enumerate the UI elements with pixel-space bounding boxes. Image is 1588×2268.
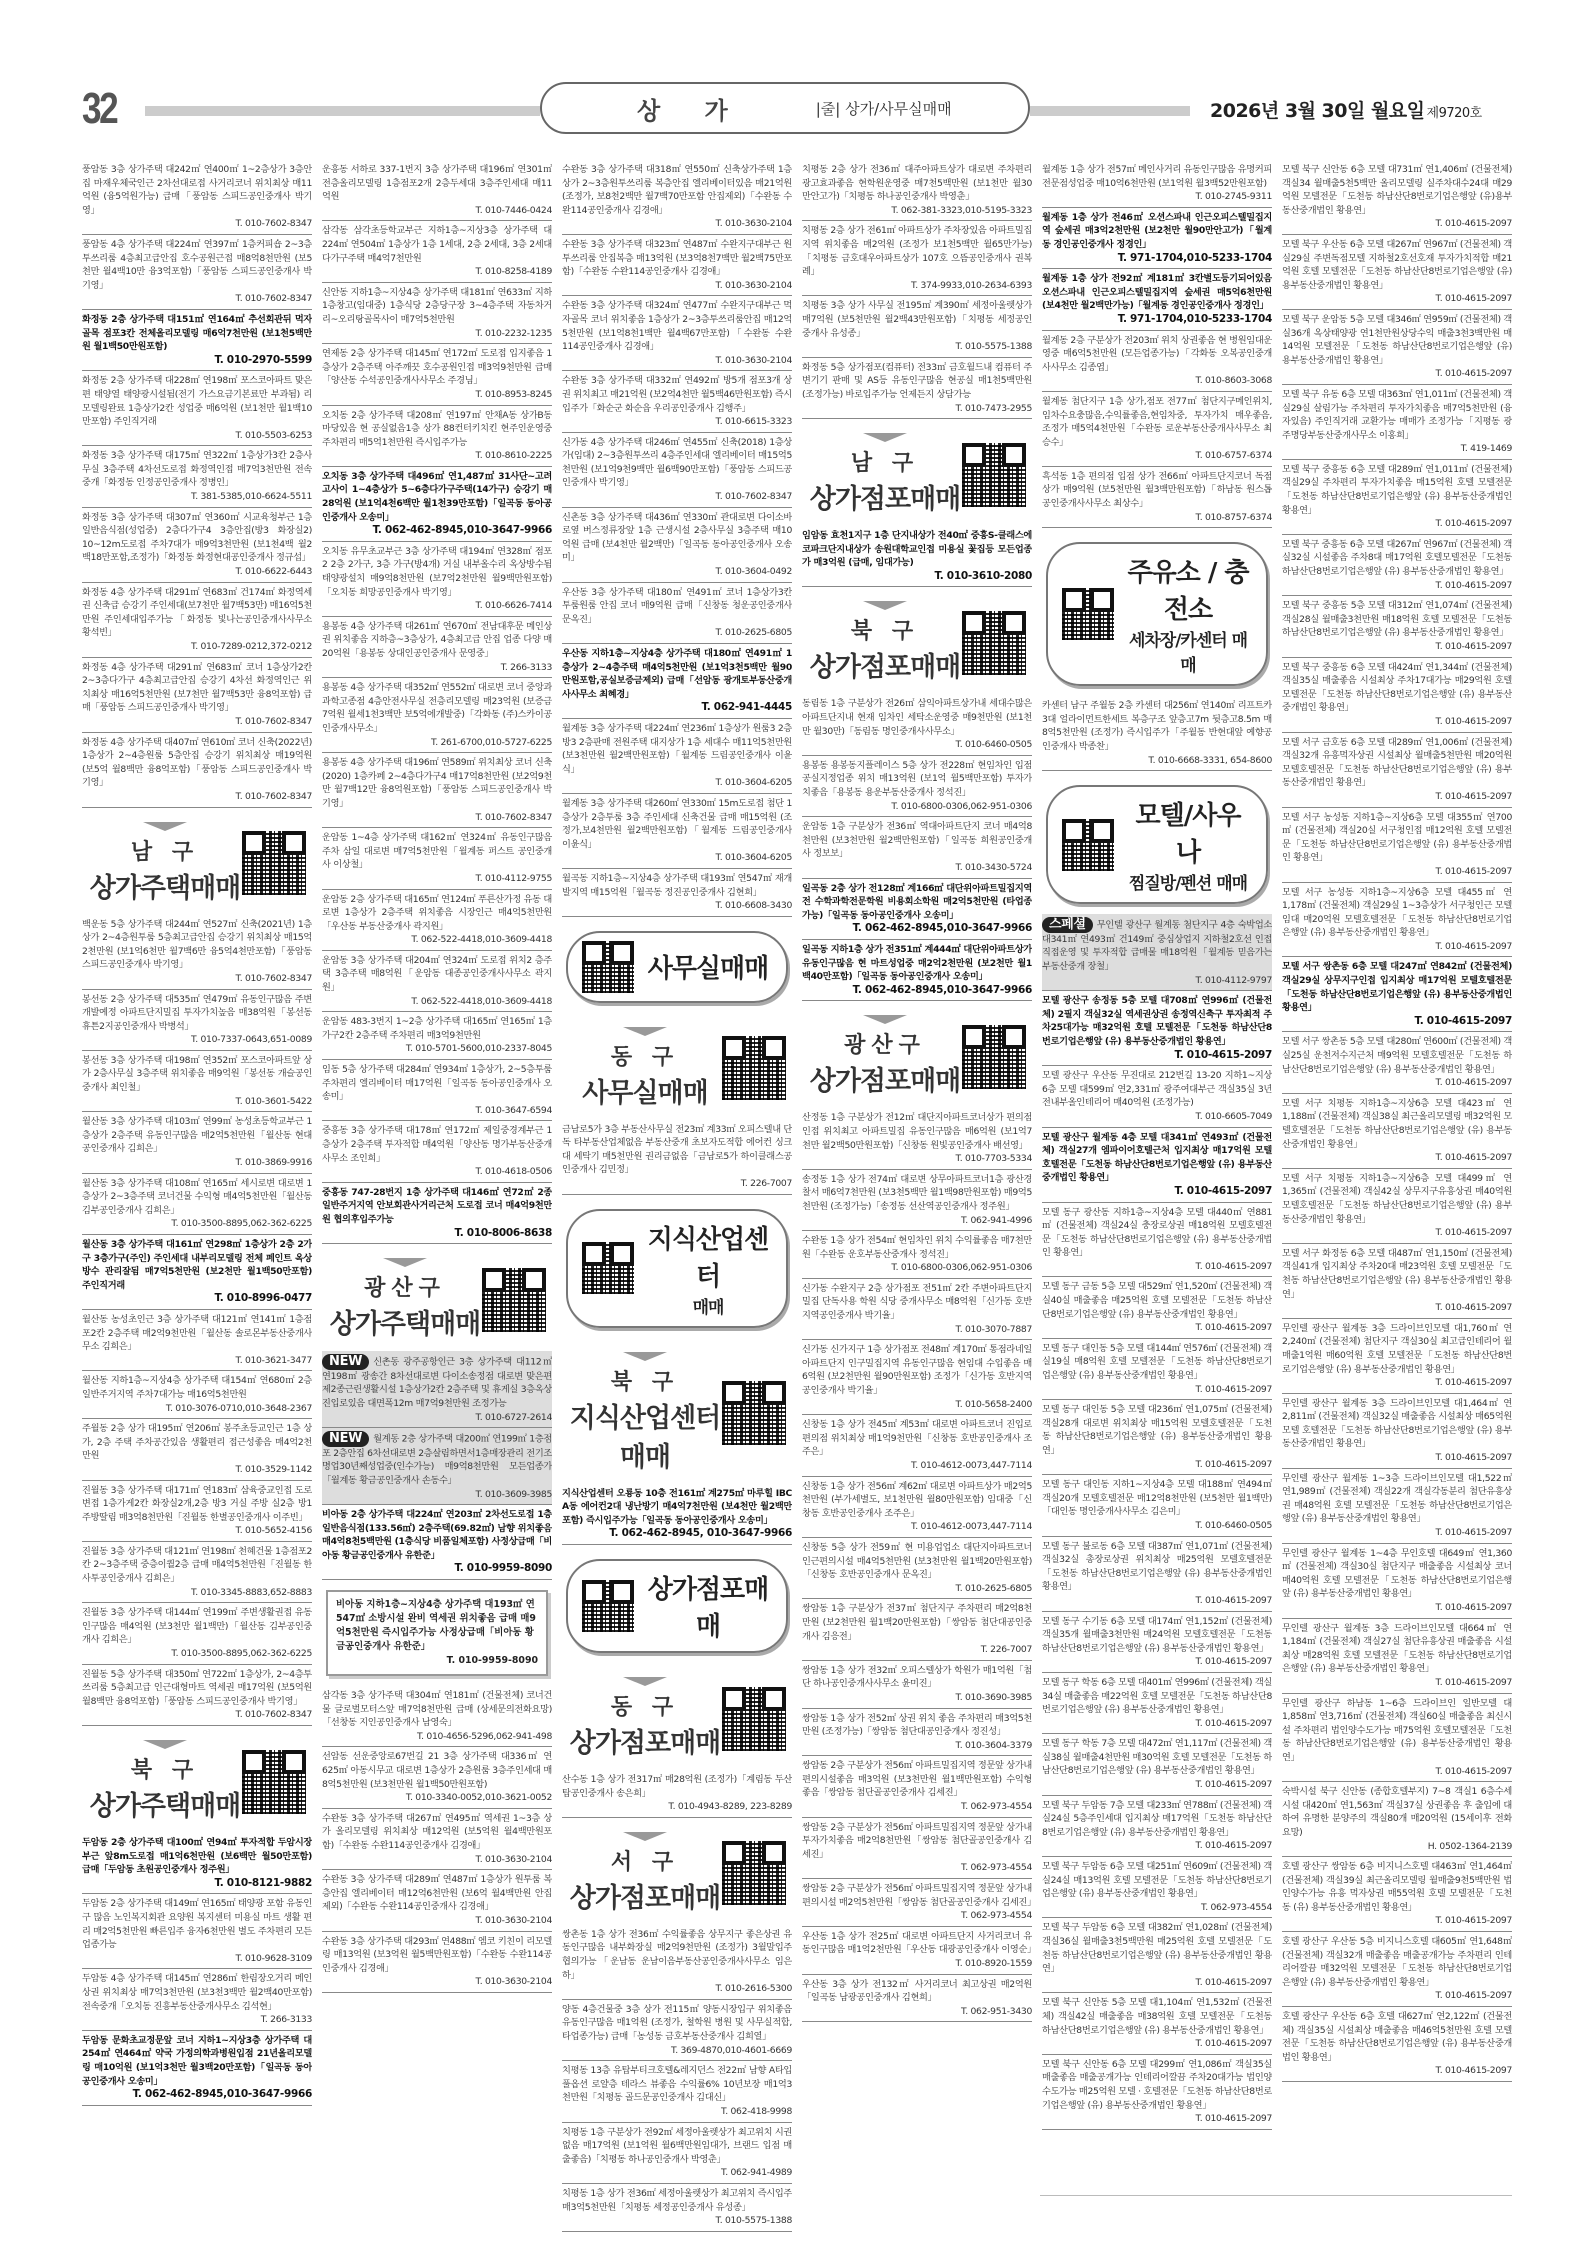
listing-item: 오치동 유무초교부근 3층 상가주택 대194㎡ 연328㎡ 점포2 2층 2가… [322,542,552,617]
listing-phone[interactable]: T. 226-7007 [802,1643,1032,1657]
district-name: 광산구 [808,1028,962,1059]
listing-item: 수완동 3층 상가주택 대323㎡ 연487㎡ 수완지구대부근 원투쓰리룸 안집… [562,235,792,296]
listing-text: 모텔 동구 수기동 6층 모텔 대174㎡ 연1,152㎡ (건물전체) 객실3… [1042,1616,1272,1654]
category-banner: 상가점포매매 [566,1559,788,1653]
listing-item: 봉선동 2층 상가주택 대535㎡ 연479㎡ 유동인구많음 주변개발예정 아파… [82,990,312,1051]
listing-phone[interactable]: T. 010-3869-9916 [82,1156,312,1170]
listing-phone[interactable]: T. 010-5575-1388 [802,340,1032,354]
listing-item: 모텔 동구 금동 5층 모텔 대529㎡ 연1,520㎡ (건물전체) 객실40… [1042,1277,1272,1338]
qr-code-icon[interactable] [1062,819,1114,871]
listing-phone[interactable]: T. 010-2625-6805 [802,1582,1032,1596]
listing-phone[interactable]: T. 010-4615-2097 [1042,2112,1272,2126]
listing-phone[interactable]: T. 010-3500-8895,062-362-6225 [82,1217,312,1231]
listing-phone[interactable]: T. 010-2745-9311 [1042,190,1272,204]
listing-phone[interactable]: T. 010-6460-0505 [1042,1519,1272,1533]
listing-phone[interactable]: T. 010-5652-4156 [82,1524,312,1538]
listing-phone[interactable]: T. 010-3340-0052,010-3621-0052 [322,1791,552,1805]
boxed-listing: 비아동 지하1층~지상4층 상가주택 대193㎡ 연547㎡ 소방시설 완비 역… [326,1590,548,1676]
section-label: 남 구상가주택매매 [88,822,242,905]
listing-phone[interactable]: T. 010-4615-2097 [1282,1676,1512,1690]
listing-item: 무인텔 광산구 월계동 1~3층 드라이브인모텔 대1,522㎡ 연1,989㎡… [1282,1469,1512,1544]
listing-text: 월산동 지하1층~지상4층 상가주택 대154㎡ 연680㎡ 2층일반주거지역 … [82,1375,312,1400]
category-banner-label: 사무실매매 [644,948,772,985]
section-header: 광산구상가주택매매 [322,1244,552,1351]
qr-code-icon[interactable] [722,1841,786,1905]
listing-phone[interactable]: T. 010-4612-0073,447-7114 [802,1520,1032,1534]
listing-phone[interactable]: T. 010-4615-2097 [1282,940,1512,954]
listing-phone[interactable]: T. 010-3630-2104 [562,354,792,368]
listing-text: 치평동 2층 상가 전36㎡ 대주아파트상가 대로변 주차편리 광고효과좋음 현… [802,164,1032,202]
listing-phone[interactable]: T. 010-4615-2097 [1042,1260,1272,1274]
qr-code-icon[interactable] [242,831,306,895]
listing-phone[interactable]: T. 010-7602-8347 [82,1708,312,1722]
category-banner: 모텔/사우나찜질방/펜션 매매 [1046,785,1268,904]
listing-phone[interactable]: T. 419-1469 [1282,442,1512,456]
qr-code-icon[interactable] [722,1381,786,1445]
section-label: 북 구상가주택매매 [88,1740,242,1823]
listing-item: 모텔 동구 학동 6층 모텔 대401㎡ 연996㎡ (건물전체) 객실34실 … [1042,1673,1272,1734]
listing-text: 산수동 1층 상가 전317㎡ 매28억원 (조정가)「계림동 두산탑공인중개사… [562,1774,792,1799]
qr-code-icon[interactable] [242,1750,306,1814]
listing-phone[interactable]: T. 010-8258-4189 [322,265,552,279]
listing-phone[interactable]: T. 062-418-9998 [562,2105,792,2119]
listing-phone[interactable]: T. 010-3630-2104 [562,217,792,231]
listing-text: 신가동 수완지구 2층 상가점포 전51㎡ 2칸 주변아파트단지밀집 단독사용 … [802,1283,1032,1321]
listing-phone[interactable]: T. 010-4615-2097 [1282,640,1512,654]
listing-item: 모텔 북구 두암동 6층 모텔 대382㎡ 연1,028㎡ (건물전체) 객실3… [1042,1918,1272,1993]
listing-phone[interactable]: T. 062-522-4418,010-3609-4418 [322,933,552,947]
listing-phone[interactable]: H. 0502-1364-2139 [1282,1840,1512,1854]
category-banner-label: 주유소 / 충전소세차장/카센터 매매 [1124,552,1252,676]
listing-phone[interactable]: T. 010-3076-0710,010-3648-2367 [82,1402,312,1416]
section-header: 광산구상가점포매매 [802,1001,1032,1108]
listing-item: 두암동 2층 상가주택 대149㎡ 연165㎡ 태양광 포함 유동인구 많음 노… [82,1894,312,1969]
listing-phone[interactable]: T. 010-2625-6805 [562,626,792,640]
listing-text: 쌍촌동 1층 상가 전36㎡ 수익률좋음 상무지구 좋은상권 유동인구많음 내부… [562,1929,792,1981]
listing-text: 모텔 북구 두암동 6층 모텔 대251㎡ 연609㎡ (건물전체) 객실24실… [1042,1861,1272,1899]
listing-item: 신창동 1층 상가 전56㎡ 계62㎡ 대로변 아파트상가 매2억5천만원 (부… [802,1477,1032,1538]
listing-phone[interactable]: T. 010-4615-2097 [1282,367,1512,381]
listing-phone[interactable]: T. 374-9933,010-2634-6393 [802,279,1032,293]
listing-phone[interactable]: T. 010-4615-2097 [1282,1301,1512,1315]
listing-phone[interactable]: T. 010-6622-6443 [82,565,312,579]
listing-item: 삼각동 삼각초등학교부근 지하1층~지상3층 상가주택 대224㎡ 연504㎡ … [322,221,552,282]
listing-item: 월산동 지하1층~지상4층 상가주택 대154㎡ 연680㎡ 2층일반주거지역 … [82,1371,312,1419]
listing-text: 모텔 서구 농성동 지하1층~지상6층 모텔 대455㎡ 연1,178㎡ (건물… [1282,887,1512,939]
listing-text: 모텔 서구 화정동 6층 모텔 대487㎡ 연1,150㎡ (건물전체) 객실4… [1282,1248,1512,1300]
listing-phone[interactable]: T. 062-951-3430 [802,2005,1032,2019]
listing-phone[interactable]: T. 010-7602-8347 [82,715,312,729]
listing-item: 연제동 2층 상가주택 대145㎡ 연172㎡ 도로접 입지좋음 1층상가 2층… [322,344,552,405]
qr-code-icon[interactable] [962,611,1026,675]
listing-item: 쌍암동 2층 구분상가 전56㎡ 아파트밀집지역 정문앞 상가내 투자가치좋음 … [802,1818,1032,1879]
listing-phone[interactable]: T. 261-6700,010-5727-6225 [322,736,552,750]
listing-phone[interactable]: T. 010-4615-2097 [1282,1076,1512,1090]
listing-phone[interactable]: T. 010-4615-2097 [1282,2064,1512,2078]
listing-item: 진월동 3층 상가주택 대121㎡ 연198㎡ 천혜건물 1층점포2칸 2~3층… [82,1542,312,1603]
listing-text: 운흥동 서하로 337-1번지 3층 상가주택 대196㎡ 연301㎡ 전층올리… [322,164,552,202]
listing-item: 화정동 3층 상가주택 대307㎡ 연360㎡ 시교육청부근 1층일반음식점(성… [82,508,312,583]
listing-phone[interactable]: T. 010-2970-5599 [82,354,312,368]
listing-phone[interactable]: T. 062-973-4554 [802,1861,1032,1875]
listing-text: 모텔 광산구 송정동 5층 모텔 대708㎡ 연996㎡ (건물전체) 2필지 … [1042,995,1272,1047]
listing-phone[interactable]: T. 010-7446-0424 [322,204,552,218]
listing-item: 월산동 3층 상가주택 대108㎡ 연165㎡ 세시로변 대로변 1층상가 2~… [82,1174,312,1235]
listing-phone[interactable]: T. 266-3133 [82,2013,312,2027]
listing-badge: NEW [322,1354,369,1370]
listing-phone[interactable]: T. 010-3647-6594 [322,1104,552,1118]
listing-item: 월계동 1층 상가 전92㎡ 계181㎡ 3칸별도등기되어있음 오션스파내 인근… [1042,269,1272,330]
listing-text: 쌍암동 2층 구분상가 전56㎡ 아파트밀집지역 정문앞 상가내 편의시설좋음 … [802,1760,1032,1798]
listing-phone[interactable]: T. 010-8121-9882 [82,1877,312,1891]
listing-phone[interactable]: T. 010-8610-2225 [322,449,552,463]
listing-item: 카센터 남구 주월동 2층 카센터 대256㎡ 연140㎡ 리프트카3대 얼라이… [1042,696,1272,771]
listing-phone[interactable]: T. 010-9628-3109 [82,1952,312,1966]
listing-phone[interactable]: T. 010-7602-8347 [82,217,312,231]
listing-phone[interactable]: T. 010-6605-7049 [1042,1110,1272,1124]
listing-phone[interactable]: T. 010-7473-2955 [802,402,1032,416]
listing-text: 치평동 2층 상가 전61㎡ 아파트상가 주차장있음 아파트밀집지역 위치좋음 … [802,225,1032,277]
banner-line-1: 사무실매매 [644,948,772,985]
listing-phone[interactable]: T. 010-4112-9797 [1042,974,1272,988]
listing-text: 풍암동 4층 상가주택 대224㎡ 연397㎡ 1층커피숍 2~3층투쓰리룸 4… [82,239,312,291]
listing-item: 화정동 4층 상가주택 대291㎡ 연683㎡ 코너 1층상가2칸 2~3층다가… [82,658,312,733]
qr-code-icon[interactable] [962,443,1026,507]
listing-text: 무인텔 광산구 하남동 1~6층 드라이브인 일반모텔 대1,858㎡ 연3,7… [1282,1698,1512,1763]
listing-text: 쌍암동 1층 구분상가 전37㎡ 첨단지구 주차편리 매2억8천만원 (보2천만… [802,1603,1032,1641]
listing-phone[interactable]: T. 010-4615-2097 [1282,790,1512,804]
listing-phone[interactable]: T. 010-3601-5422 [82,1095,312,1109]
listing-phone[interactable]: T. 226-7007 [562,1177,792,1191]
listing-phone[interactable]: T. 010-4615-2097 [1042,1717,1272,1731]
listing-item: 수완동 1층 상가 전54㎡ 현임차인 위치 수익률좋음 매7천만원「수완동 운… [802,1231,1032,1279]
listing-phone[interactable]: T. 010-7602-8347 [322,811,552,825]
listing-category: 사무실매매 [568,1071,722,1110]
listing-item: 우산동 1층 상가 전25㎡ 대로변 아파트단지 사거리코너 유동인구많음 매1… [802,1927,1032,1975]
listing-text: 모텔 동구 대인동 지하1~지상4층 모텔 대188㎡ 연494㎡ 객실20개 … [1042,1479,1272,1517]
listing-text: 중흥동 747-28번지 1층 상가주택 대146㎡ 연72㎡ 2종일반주거지역… [322,1187,552,1225]
qr-code-icon[interactable] [582,1242,634,1294]
down-arrow-icon [383,1258,427,1267]
listing-phone[interactable]: T. 010-4615-2097 [1042,1049,1272,1063]
listing-phone[interactable]: T. 010-4615-2097 [1282,1765,1512,1779]
listing-item: 모텔 서구 치평동 지하1층~지상6층 모텔 대499㎡ 연1,365㎡ (건물… [1282,1169,1512,1244]
listing-phone[interactable]: T. 010-3630-2104 [322,1914,552,1928]
classifieds-columns: 풍암동 3층 상가주택 대242㎡ 연400㎡ 1~2층상가 3층안집 마재우체… [82,160,1512,2250]
listing-item: 모텔 북구 두암동 7층 모텔 대233㎡ 연788㎡ (건물전체) 객실24실… [1042,1796,1272,1857]
listing-phone[interactable]: T. 062-941-4996 [802,1214,1032,1228]
listing-phone[interactable]: T. 010-6460-0505 [802,738,1032,752]
listing-phone[interactable]: T. 010-8006-8638 [322,1227,552,1241]
listing-phone[interactable]: T. 010-4615-2097 [1042,1185,1272,1199]
listing-category: 상가점포매매 [808,477,962,516]
district-name: 북 구 [808,614,962,645]
listing-item: 수완동 3층 상가주택 대324㎡ 연477㎡ 수완지구대부근 먹자골목 코너 … [562,296,792,371]
qr-code-icon[interactable] [722,1036,786,1100]
listing-item: 삼각동 3층 상가주택 대304㎡ 연181㎡ (건물전체) 코너건물 글로벌모… [322,1686,552,1747]
listing-text: 우산동 지하1층~지상4층 상가주택 대180㎡ 연491㎡ 1층상가 2~4층… [562,648,792,700]
listing-text: 모텔 북구 중흥동 5층 모텔 대312㎡ 연1,074㎡ (건물전체) 객실2… [1282,600,1512,638]
listing-phone[interactable]: T. 010-3690-3985 [802,1691,1032,1705]
down-arrow-icon [863,433,907,442]
listing-item: 화정동 2층 상가주택 대151㎡ 연164㎡ 추선회관뒤 먹자골목 점포3칸 … [82,310,312,371]
listing-phone[interactable]: T. 062-941-4445 [562,701,792,715]
section-label: 북 구지식산업센터매매 [568,1352,722,1474]
listing-phone[interactable]: T. 062-973-4554 [1042,1901,1272,1915]
listing-phone[interactable]: T. 010-3630-2104 [322,1853,552,1867]
listing-phone[interactable]: T. 010-8757-6374 [1042,511,1272,525]
listing-item: 모텔 서구 화정동 6층 모텔 대487㎡ 연1,150㎡ (건물전체) 객실4… [1282,1244,1512,1319]
qr-code-icon[interactable] [582,941,634,993]
listing-item: 운암동 2층 상가주택 대165㎡ 연124㎡ 푸른산가정 유동 대로변 1층상… [322,890,552,951]
listing-phone[interactable]: T. 010-3609-3985 [322,1488,552,1502]
listing-phone[interactable]: T. 010-5701-5600,010-2337-8045 [322,1042,552,1056]
listing-phone[interactable]: T. 266-3133 [322,661,552,675]
section-header: 동 구사무실매매 [562,1013,792,1120]
listing-phone[interactable]: T. 010-3500-8895,062-362-6225 [82,1647,312,1661]
listing-text: 신촌동 3층 상가주택 대436㎡ 연330㎡ 관대로변 다이소바로옆 버스정류… [562,512,792,564]
listing-phone[interactable]: T. 010-6800-0306,062-951-0306 [802,800,1032,814]
listing-text: 백운동 5층 상가주택 대244㎡ 연527㎡ 신축(2021년) 1층상가 2… [82,919,312,971]
listing-phone[interactable]: T. 010-5503-6253 [82,429,312,443]
listing-phone[interactable]: T. 010-6608-3430 [562,899,792,913]
listing-phone[interactable]: T. 010-8953-8245 [322,388,552,402]
listing-text: 연제동 2층 상가주택 대145㎡ 연172㎡ 도로접 입지좋음 1층상가 2층… [322,348,552,386]
listing-phone[interactable]: T. 010-2232-1235 [322,327,552,341]
listing-phone[interactable]: T. 010-3630-2104 [562,279,792,293]
listing-phone[interactable]: T. 010-4615-2097 [1282,865,1512,879]
listing-category: 상가주택매매 [328,1302,482,1341]
listing-phone[interactable]: T. 010-7289-0212,372-0212 [82,640,312,654]
listing-text: 산정동 1층 구분상가 전12㎡ 대단지아파트코너상가 편의점인접 위치최고 아… [802,1112,1032,1150]
listing-item: 우산동 3층 상가 전132㎡ 사거리코너 최고상권 매2억원「일곡동 남광공인… [802,1975,1032,2023]
section-header: 서 구상가점포매매 [562,1818,792,1925]
listing-phone[interactable]: T. 010-4615-2097 [1282,1526,1512,1540]
listing-text: 수완동 3층 상가주택 대318㎡ 연550㎡ 신축상가주택 1층상가 2~3층… [562,164,792,216]
listing-phone[interactable]: T. 010-4615-2097 [1042,1458,1272,1472]
listing-item: 무인텔 광산구 월계동 3층 드라이브인모텔 대1,464㎡ 연2,811㎡ (… [1282,1394,1512,1469]
listing-phone[interactable]: T. 010-4615-2097 [1042,1321,1272,1335]
listing-text: 삼각동 3층 상가주택 대304㎡ 연181㎡ (건물전체) 코너건물 글로벌모… [322,1690,552,1728]
listing-category: 상가점포매매 [568,1876,722,1915]
listing-phone[interactable]: T. 010-4615-2097 [1282,517,1512,531]
listing-phone[interactable]: T. 062-522-4418,010-3609-4418 [322,995,552,1009]
listing-phone[interactable]: T. 369-4870,010-4601-6669 [562,2044,792,2058]
listing-phone[interactable]: T. 010-4615-2097 [1042,1655,1272,1669]
qr-code-icon[interactable] [482,1268,546,1332]
listing-phone[interactable]: T. 010-3430-5724 [802,861,1032,875]
qr-code-icon[interactable] [722,1687,786,1751]
listing-phone[interactable]: T. 010-5658-2400 [802,1398,1032,1412]
listing-text: 두암동 2층 상가주택 대149㎡ 연165㎡ 태양광 포함 유동인구 많음 노… [82,1898,312,1950]
listing-phone[interactable]: T. 010-4615-2097 [1282,292,1512,306]
listing-phone[interactable]: T. 062-462-8945,010-3647-9966 [802,922,1032,936]
listing-text: 신안동 지하1층~지상4층 상가주택 대181㎡ 연633㎡ 지하1층창고(임대… [322,287,552,325]
listing-text: 화정동 4층 상가주택 대291㎡ 연683㎡ 코너 1층상가2칸 2~3층다가… [82,662,312,714]
listing-phone[interactable]: T. 010-3070-7887 [802,1323,1032,1337]
listing-text: 쌍암동 2층 구분상가 전56㎡ 아파트밀집지역 정문앞 상가내 편의시설 매2… [802,1883,1032,1908]
listing-item: 신가동 4층 상가주택 대246㎡ 연455㎡ 신축(2018) 1층상가(임대… [562,433,792,508]
section-header: 동 구상가점포매매 [562,1663,792,1770]
listing-phone[interactable]: T. 010-4615-2097 [1282,715,1512,729]
listing-phone[interactable]: T. 010-3345-8883,652-8883 [82,1586,312,1600]
listing-item: 모텔 서구 쌍촌동 6층 모텔 대247㎡ 연842㎡ (건물전체) 객실29실… [1282,957,1512,1032]
bottom-rule [1040,2195,1512,2196]
listing-phone[interactable]: T. 010-8603-3068 [1042,374,1272,388]
listing-phone[interactable]: T. 010-6668-3331, 654-8600 [1042,754,1272,768]
listing-phone[interactable]: T. 010-4615-2097 [1042,1383,1272,1397]
listing-text: 진월동 5층 상가주택 대350㎡ 연722㎡ 1층상가, 2~4층투쓰리룸 5… [82,1669,312,1707]
listing-text: 신가동 4층 상가주택 대246㎡ 연455㎡ 신축(2018) 1층상가(임대… [562,437,792,489]
qr-code-icon[interactable] [962,1025,1026,1089]
listing-phone[interactable]: T. 010-6626-7414 [322,599,552,613]
listing-phone[interactable]: T. 010-3610-2080 [802,570,1032,584]
banner-line-1: 지식산업센터 [644,1219,772,1293]
listing-phone[interactable]: T. 010-7602-8347 [82,972,312,986]
listing-phone[interactable]: T. 010-7337-0643,651-0089 [82,1033,312,1047]
listing-phone[interactable]: T. 010-7703-5334 [802,1152,1032,1166]
listing-item: 운암동 3층 상가주택 대204㎡ 연324㎡ 도로접 위치2 층주택 3층주택… [322,951,552,1012]
listing-text: 모텔 광산구 우산동 무진대로 212번길 13-20 지하1~지상6층 모텔 … [1042,1070,1272,1108]
listing-text: 모텔 동구 학동 6층 모텔 대401㎡ 연996㎡ (건물전체) 객실34실 … [1042,1677,1272,1715]
listing-item: 월산동 3층 상가주택 대103㎡ 연99㎡ 농성초등학교부근 1층상가 2층주… [82,1112,312,1173]
listing-phone[interactable]: T. 010-3621-3477 [82,1354,312,1368]
listing-phone[interactable]: T. 010-6800-0306,062-951-0306 [802,1261,1032,1275]
listing-text: 화정동 2층 상가주택 대151㎡ 연164㎡ 추선회관뒤 먹자골목 점포3칸 … [82,314,312,352]
listing-phone[interactable]: T. 062-941-4989 [562,2166,792,2180]
listing-phone[interactable]: T. 971-1704,010-5233-1704 [1042,252,1272,266]
listing-text: 임암동 효천1지구 1층 단지내상가 전40㎡ 중흥S-클래스에코파크단지내상가… [802,530,1032,568]
listing-phone[interactable]: T. 010-3604-3379 [802,1739,1032,1753]
listing-item: 월산동 농성초인근 3층 상가주택 대121㎡ 연141㎡ 1층점포2칸 2층주… [82,1310,312,1371]
listing-phone[interactable]: T. 010-3604-0492 [562,565,792,579]
listing-category: 상가점포매매 [568,1721,722,1760]
listing-phone[interactable]: T. 062-381-3323,010-5195-3323 [802,204,1032,218]
listing-item: 임동 5층 상가주택 대284㎡ 연934㎡ 1층상가, 2~5층투룸 주차편리… [322,1060,552,1121]
listing-phone[interactable]: T. 010-7602-8347 [82,292,312,306]
listing-phone[interactable]: T. 010-6727-2614 [322,1411,552,1425]
listing-phone[interactable]: T. 010-4615-2097 [1282,579,1512,593]
listing-text: 우산동 3층 상가주택 대180㎡ 연491㎡ 코너 1층상가3칸 투룸원룸 안… [562,587,792,625]
listing-item: NEW월계동 2층 상가주택 대200㎡ 연199㎡ 1층점포 2층안집 6차선… [322,1428,552,1505]
listing-phone[interactable]: T. 010-6615-3323 [562,415,792,429]
listing-phone[interactable]: T. 010-9959-8090 [336,1654,538,1668]
district-name: 북 구 [568,1365,722,1396]
listing-phone[interactable]: T. 010-4943-8289, 223-8289 [562,1800,792,1814]
listing-phone[interactable]: T. 010-4615-2097 [1282,1376,1512,1390]
listing-phone[interactable]: T. 010-4615-2097 [1282,1989,1512,2003]
listing-phone[interactable]: T. 010-4615-2097 [1282,1601,1512,1615]
listing-phone[interactable]: T. 010-6757-6374 [1042,449,1272,463]
listing-phone[interactable]: T. 010-4615-2097 [1282,217,1512,231]
listing-text: 오치동 유무초교부근 3층 상가주택 대194㎡ 연328㎡ 점포2 2층 2가… [322,546,552,598]
listing-item: 신창동 1층 상가 전45㎡ 계53㎡ 대로변 아파트코너 진입로 편의점 위치… [802,1415,1032,1476]
listing-phone[interactable]: T. 062-462-8945,010-3647-9966 [82,2088,312,2102]
listing-phone[interactable]: T. 062-973-4554 [802,1909,1032,1923]
listing-phone[interactable]: T. 010-4615-2097 [1042,1839,1272,1853]
listing-phone[interactable]: T. 010-4615-2097 [1042,1976,1272,1990]
listing-phone[interactable]: T. 062-462-8945, 010-3647-9966 [562,1527,792,1541]
listing-phone[interactable]: T. 010-3604-6205 [562,851,792,865]
listing-phone[interactable]: T. 010-4615-2097 [1282,1015,1512,1029]
listing-phone[interactable]: T. 010-5575-1388 [562,2214,792,2228]
listing-item: 모텔 동구 학동 7층 모텔 대472㎡ 연1,117㎡ (건물전체) 객실38… [1042,1734,1272,1795]
listing-phone[interactable]: T. 010-4615-2097 [1282,1914,1512,1928]
listing-item: 중흥동 747-28번지 1층 상가주택 대146㎡ 연72㎡ 2종일반주거지역… [322,1183,552,1244]
section-label: 동 구상가점포매매 [568,1677,722,1760]
listing-phone[interactable]: T. 010-4656-5296,062-941-498 [322,1730,552,1744]
listing-item: 운암동 1층 구분상가 전36㎡ 역대아파트단지 코너 매4억8천만원 (보3천… [802,817,1032,878]
listing-phone[interactable]: T. 062-462-8945,010-3647-9966 [802,984,1032,998]
listing-text: 치평동 3층 상가 사무실 전195㎡ 계390㎡ 세정아울렛상가 매7억원 (… [802,300,1032,338]
listing-phone[interactable]: T. 010-8996-0477 [82,1292,312,1306]
listing-text: 진월동 3층 상가주택 대144㎡ 연199㎡ 주변생활권접 유동인구많음 매4… [82,1607,312,1645]
listing-item: 신안동 지하1층~지상4층 상가주택 대181㎡ 연633㎡ 지하1층창고(임대… [322,283,552,344]
listing-item: 스페셜무인텔 광산구 월계동 첨단지구 4층 숙박업소 대341㎡ 연493㎡ … [1042,914,1272,991]
listing-text: 모텔 동구 학동 7층 모텔 대472㎡ 연1,117㎡ (건물전체) 객실38… [1042,1738,1272,1776]
listing-phone[interactable]: T. 010-3630-2104 [322,1975,552,1989]
listing-phone[interactable]: T. 010-4612-0073,447-7114 [802,1459,1032,1473]
listing-text: 모텔 동구 불로동 6층 모텔 대387㎡ 연1,071㎡ (건물전체) 객실3… [1042,1541,1272,1593]
listing-text: 운암동 1층 구분상가 전36㎡ 역대아파트단지 코너 매4억8천만원 (보3천… [802,821,1032,859]
listing-item: 용봉동 4층 상가주택 대196㎡ 연589㎡ 위치최상 코너 신축(2020)… [322,753,552,828]
listing-text: 신가동 신가지구 1층 상가점포 전48㎡ 계170㎡ 통점라네일 아파트단지 … [802,1344,1032,1396]
listing-item: 일곡동 지하1층 상가 전351㎡ 계444㎡ 대단위아파트상가 유동인구많음 … [802,940,1032,1001]
listing-text: 모텔 동구 대인동 5층 모텔 대236㎡ 연1,075㎡ (건물전체) 객실2… [1042,1404,1272,1456]
banner-line-1: 상가점포매매 [644,1569,772,1643]
qr-code-icon[interactable] [582,1580,634,1632]
listing-phone[interactable]: T. 010-4615-2097 [1282,1451,1512,1465]
listing-phone[interactable]: T. 010-7602-8347 [562,490,792,504]
listing-text: 신창동 1층 상가 전56㎡ 계62㎡ 대로변 아파트상가 매2억5천만원 (부… [802,1481,1032,1519]
listing-item: 모텔 북구 중흥동 5층 모텔 대312㎡ 연1,074㎡ (건물전체) 객실2… [1282,596,1512,657]
listing-phone[interactable]: T. 010-4615-2097 [1042,2037,1272,2051]
listing-text: 모텔 서구 금호동 6층 모텔 대289㎡ 연1,006㎡ (건물전체) 객실3… [1282,737,1512,789]
listing-text: 모텔 서구 쌍촌동 6층 모텔 대247㎡ 연842㎡ (건물전체) 객실29실… [1282,961,1512,1013]
listing-phone[interactable]: T. 010-4615-2097 [1042,1778,1272,1792]
listing-phone[interactable]: T. 010-4112-9755 [322,872,552,886]
district-name: 동 구 [568,1040,722,1071]
listing-phone[interactable]: T. 971-1704,010-5233-1704 [1042,313,1272,327]
down-arrow-icon [863,1015,907,1024]
qr-code-icon[interactable] [1062,588,1114,640]
listing-phone[interactable]: T. 010-7602-8347 [82,790,312,804]
listing-phone[interactable]: T. 010-4615-2097 [1042,1594,1272,1608]
listing-phone[interactable]: T. 010-3529-1142 [82,1463,312,1477]
listing-item: 산정동 1층 구분상가 전12㎡ 대단지아파트코너상가 편의점인접 위치최고 아… [802,1108,1032,1169]
listing-phone[interactable]: T. 062-973-4554 [802,1800,1032,1814]
listing-phone[interactable]: T. 010-2616-5300 [562,1982,792,1996]
listing-phone[interactable]: T. 381-5385,010-6624-5511 [82,490,312,504]
listing-item: 두암동 4층 상가주택 대145㎡ 연286㎡ 한림장오거리 메인상권 위치최상… [82,1969,312,2030]
listing-text: 운암동 1~4층 상가주택 대162㎡ 연324㎡ 유동인구많음 주차 삼일 대… [322,832,552,870]
listing-phone[interactable]: T. 010-4615-2097 [1282,1151,1512,1165]
listing-phone[interactable]: T. 010-9959-8090 [322,1562,552,1576]
listing-item: 월계동 3층 상가주택 대224㎡ 연236㎡ 1층상가 원룸3 2층 방3 2… [562,719,792,794]
listing-phone[interactable]: T. 010-8920-1559 [802,1957,1032,1971]
listing-item: 일곡동 2층 상가 전128㎡ 계166㎡ 대단위아파트밀집지역 전 수학과학전… [802,879,1032,940]
listing-phone[interactable]: T. 062-462-8945,010-3647-9966 [322,524,552,538]
listing-text: 모텔 북구 중흥동 6층 모텔 대289㎡ 연1,011㎡ (건물전체) 객실2… [1282,464,1512,516]
listing-text: 모텔 북구 두암동 7층 모텔 대233㎡ 연788㎡ (건물전체) 객실24실… [1042,1800,1272,1838]
listing-phone[interactable]: T. 010-4615-2097 [1282,1226,1512,1240]
page-header: 32 상 가 |줄| 상가/사무실매매 2026년 3월 30일 월요일제972… [0,80,1588,140]
listing-item: 무인텔 광산구 하남동 1~6층 드라이브인 일반모텔 대1,858㎡ 연3,7… [1282,1694,1512,1783]
listing-item: 수완동 3층 상가주택 대289㎡ 연487㎡ 1층상가 원투룸 복층안집 엘리… [322,1870,552,1931]
listing-phone[interactable]: T. 010-4618-0506 [322,1165,552,1179]
listing-phone[interactable]: T. 010-3604-6205 [562,776,792,790]
listing-text: 치평동 1층 상가 전36㎡ 세정아울렛상가 최고위치 즉시입주 매3억5천만원… [562,2188,792,2213]
